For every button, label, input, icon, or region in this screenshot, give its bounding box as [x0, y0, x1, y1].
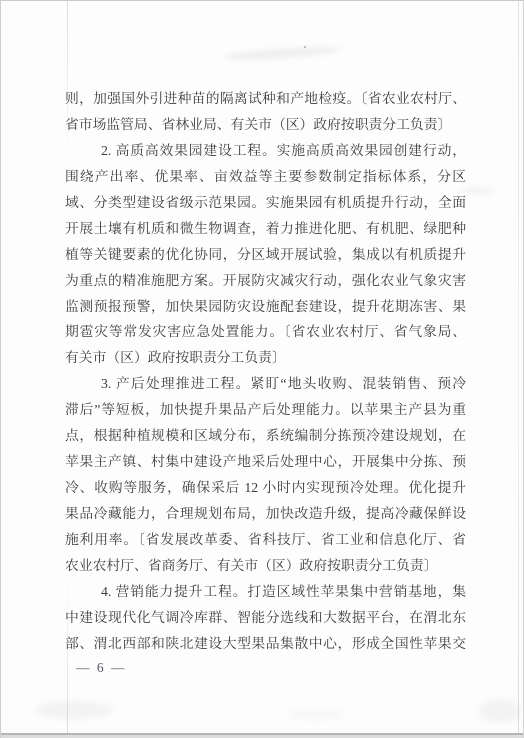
scan-smudge — [479, 699, 521, 723]
page-number: — 6 — — [76, 655, 127, 681]
text-line: 部、渭北西部和陕北建设大型果品集散中心，形成全国性苹果交 — [65, 631, 466, 657]
text-line: 点，根据种植规模和区域分布，系统编制分拣预冷建设规划，在 — [65, 423, 466, 449]
text-line: 滞后”等短板，加快提升果品产后处理能力。以苹果主产县为重 — [65, 397, 466, 423]
text-line: 4. 营销能力提升工程。打造区域性苹果集中营销基地，集 — [65, 579, 466, 605]
text-line: 植等关键要素的优化协同，分区域开展试验，集成以有机质提升 — [65, 242, 466, 268]
text-line: 中建设现代化气调冷库群、智能分选线和大数据平台，在渭北东 — [65, 605, 466, 631]
scan-smudge — [286, 711, 346, 719]
text-line: 3. 产后处理推进工程。紧盯“地头收购、混装销售、预冷 — [65, 371, 466, 397]
text-line: 监测预报预警，加快果园防灾设施配套建设，提升花期冻害、果 — [65, 294, 466, 320]
text-line: 期雹灾等常发灾害应急处置能力。〔省农业农村厅、省气象局、 — [65, 319, 466, 345]
document-body-text: 则，加强国外引进种苗的隔离试种和产地检疫。〔省农业农村厅、省市场监管局、省林业局… — [65, 86, 466, 657]
scan-edge-line-right — [518, 1, 519, 734]
text-line: 苹果主产镇、村集中建设产地采后处理中心，开展集中分拣、预 — [65, 449, 466, 475]
scan-smudge — [461, 187, 495, 195]
text-line: 为重点的精准施肥方案。开展防灾减灾行动，强化农业气象灾害 — [65, 268, 466, 294]
text-line: 则，加强国外引进种苗的隔离试种和产地检疫。〔省农业农村厅、 — [65, 86, 466, 112]
text-line: 域、分类型建设省级示范果园。实施果园有机质提升行动，全面 — [65, 190, 466, 216]
scan-speck — [304, 46, 306, 48]
text-line: 开展土壤有机质和微生物调查，着力推进化肥、有机肥、绿肥种 — [65, 216, 466, 242]
text-line: 冷、收购等服务，确保采后 12 小时内实现预冷处理。优化提升 — [65, 475, 466, 501]
text-line: 2. 高质高效果园建设工程。实施高质高效果园创建行动， — [65, 138, 466, 164]
scan-bottom-edge — [1, 733, 523, 738]
scan-smudge — [223, 45, 341, 62]
text-line: 围绕产出率、优果率、亩效益等主要参数制定指标体系，分区 — [65, 164, 466, 190]
text-line: 施利用率。〔省发展改革委、省科技厅、省工业和信息化厅、省 — [65, 527, 466, 553]
text-line: 有关市（区）政府按职责分工负责〕 — [65, 345, 466, 371]
scanned-document-page: 则，加强国外引进种苗的隔离试种和产地检疫。〔省农业农村厅、省市场监管局、省林业局… — [0, 0, 524, 738]
scan-smudge — [35, 701, 113, 719]
text-line: 省市场监管局、省林业局、有关市（区）政府按职责分工负责〕 — [65, 112, 466, 138]
text-line: 果品冷藏能力，合理规划布局，加快改造升级，提高冷藏保鲜设 — [65, 501, 466, 527]
text-line: 农业农村厅、省商务厅、有关市（区）政府按职责分工负责〕 — [65, 553, 466, 579]
